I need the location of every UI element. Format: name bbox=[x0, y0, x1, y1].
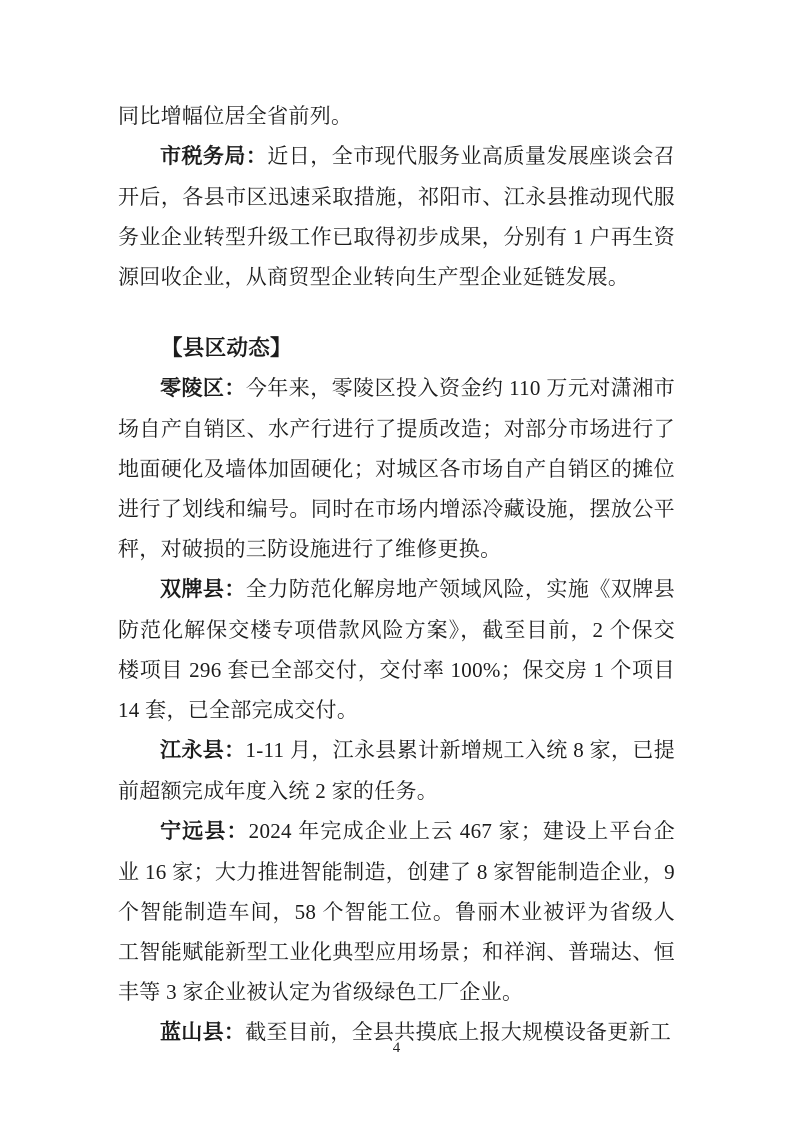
text-block: 同比增幅位居全省前列。 市税务局：近日，全市现代服务业高质量发展座谈会召开后，各… bbox=[118, 96, 675, 1053]
paragraph-tax-bureau: 市税务局：近日，全市现代服务业高质量发展座谈会召开后，各县市区迅速采取措施，祁阳… bbox=[118, 136, 675, 297]
paragraph-label-ningyuan: 宁远县： bbox=[160, 820, 249, 843]
paragraph-label-tax-bureau: 市税务局： bbox=[160, 145, 267, 168]
paragraph-text-lingling: 今年来，零陵区投入资金约 110 万元对潇湘市场自产自销区、水产行进行了提质改造… bbox=[118, 376, 675, 561]
paragraph-continuation-text: 同比增幅位居全省前列。 bbox=[118, 104, 352, 128]
paragraph-lingling: 零陵区：今年来，零陵区投入资金约 110 万元对潇湘市场自产自销区、水产行进行了… bbox=[118, 368, 675, 569]
paragraph-label-jiangyong: 江永县： bbox=[160, 739, 245, 762]
paragraph-jiangyong: 江永县：1-11 月，江永县累计新增规工入统 8 家，已提前超额完成年度入统 2… bbox=[118, 730, 675, 811]
section-heading-text: 【县区动态】 bbox=[161, 336, 292, 360]
paragraph-continuation: 同比增幅位居全省前列。 bbox=[118, 96, 675, 136]
page-number: 4 bbox=[0, 1038, 793, 1058]
paragraph-shuangpai: 双牌县：全力防范化解房地产领域风险，实施《双牌县防范化解保交楼专项借款风险方案》… bbox=[118, 569, 675, 730]
paragraph-ningyuan: 宁远县：2024 年完成企业上云 467 家；建设上平台企业 16 家；大力推进… bbox=[118, 811, 675, 1012]
paragraph-text-ningyuan: 2024 年完成企业上云 467 家；建设上平台企业 16 家；大力推进智能制造… bbox=[118, 819, 675, 1004]
section-heading-county-news: 【县区动态】 bbox=[118, 328, 675, 368]
paragraph-label-shuangpai: 双牌县： bbox=[160, 578, 246, 601]
paragraph-label-lingling: 零陵区： bbox=[160, 377, 246, 400]
document-page: 同比增幅位居全省前列。 市税务局：近日，全市现代服务业高质量发展座谈会召开后，各… bbox=[0, 0, 793, 1122]
